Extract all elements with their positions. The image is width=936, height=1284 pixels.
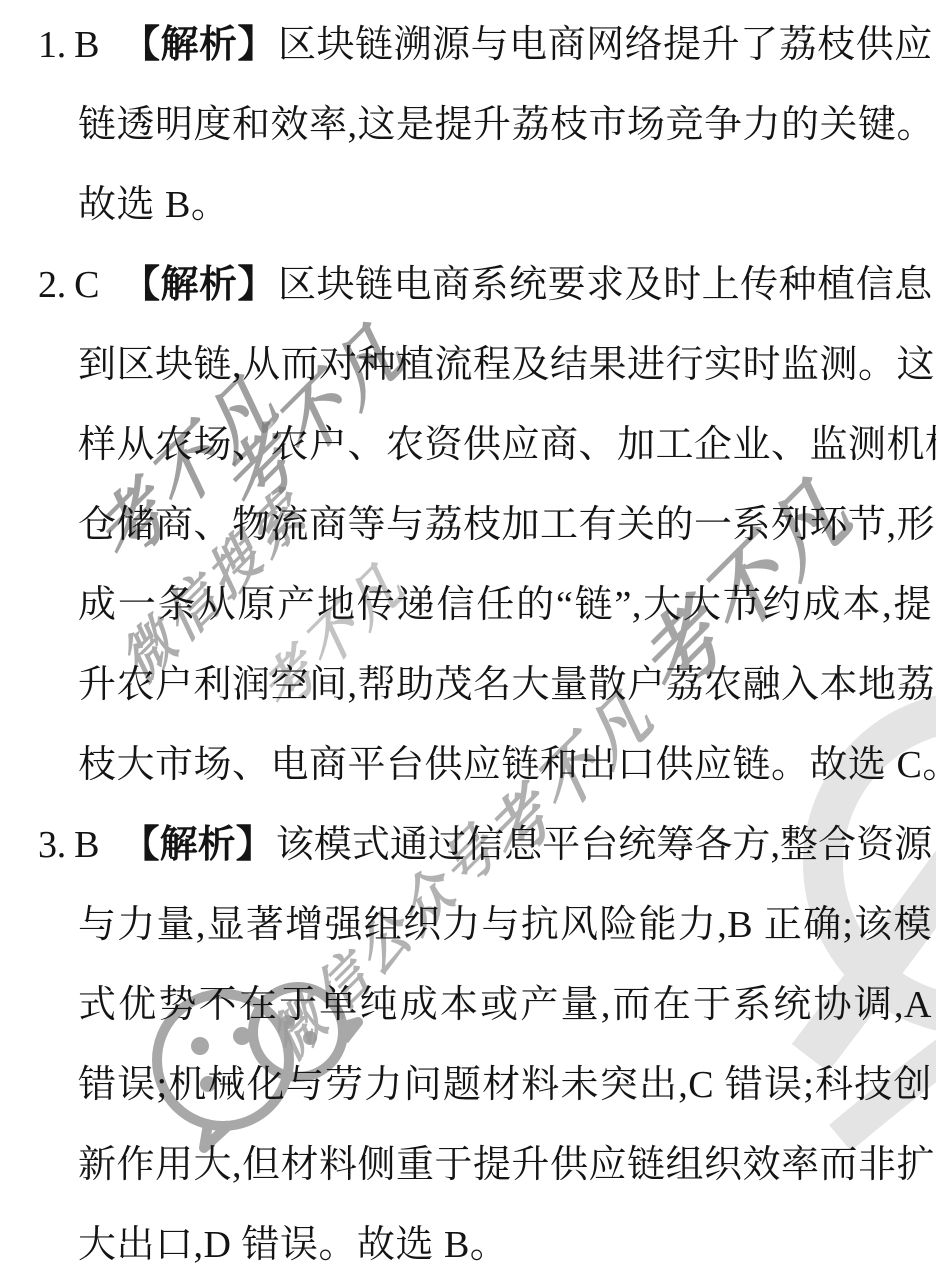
- answer-number: 1.: [38, 24, 66, 66]
- answer-letter: B: [74, 824, 99, 866]
- answer-line: 样从农场、农户、农资供应商、加工企业、监测机构到: [78, 405, 932, 485]
- answer-line: 1.B【解析】区块链溯源与电商网络提升了荔枝供应: [78, 5, 932, 85]
- answer-number: 2.: [38, 264, 66, 306]
- answer-line: 大出口,D 错误。故选 B。: [78, 1205, 932, 1284]
- analysis-label: 【解析】: [121, 824, 273, 866]
- answer-line: 故选 B。: [78, 165, 932, 245]
- answer-line: 错误;机械化与劳力问题材料未突出,C 错误;科技创: [78, 1045, 932, 1125]
- answer-line: 仓储商、物流商等与荔枝加工有关的一系列环节,形: [78, 485, 932, 565]
- answer-line: 链透明度和效率,这是提升荔枝市场竞争力的关键。: [78, 85, 932, 165]
- answer-letter: B: [74, 24, 99, 66]
- answer-line: 成一条从原产地传递信任的“链”,大大节约成本,提: [78, 565, 932, 645]
- answer-line: 升农户利润空间,帮助茂名大量散户荔农融入本地荔: [78, 645, 932, 725]
- exam-answer-page: { "document": { "items": [ { "number": "…: [0, 0, 936, 1284]
- answer-line: 与力量,显著增强组织力与抗风险能力,B 正确;该模: [78, 885, 932, 965]
- line-text: 该模式通过信息平台统筹各方,整合资源: [276, 824, 932, 866]
- answer-letter: C: [74, 264, 99, 306]
- answer-line: 枝大市场、电商平台供应链和出口供应链。故选 C。: [78, 725, 932, 805]
- analysis-label: 【解析】: [121, 24, 276, 66]
- answer-line: 式优势不在于单纯成本或产量,而在于系统协调,A: [78, 965, 932, 1045]
- line-text: 区块链溯源与电商网络提升了荔枝供应: [278, 24, 932, 66]
- answer-line: 到区块链,从而对种植流程及结果进行实时监测。这: [78, 325, 932, 405]
- answer-line: 3.B【解析】该模式通过信息平台统筹各方,整合资源: [78, 805, 932, 885]
- analysis-label: 【解析】: [121, 264, 276, 306]
- answer-line: 2.C【解析】区块链电商系统要求及时上传种植信息: [78, 245, 932, 325]
- line-text: 区块链电商系统要求及时上传种植信息: [278, 264, 932, 306]
- answer-line: 新作用大,但材料侧重于提升供应链组织效率而非扩: [78, 1125, 932, 1205]
- answer-number: 3.: [38, 824, 66, 866]
- answer-sheet: 1.B【解析】区块链溯源与电商网络提升了荔枝供应 链透明度和效率,这是提升荔枝市…: [0, 0, 936, 1284]
